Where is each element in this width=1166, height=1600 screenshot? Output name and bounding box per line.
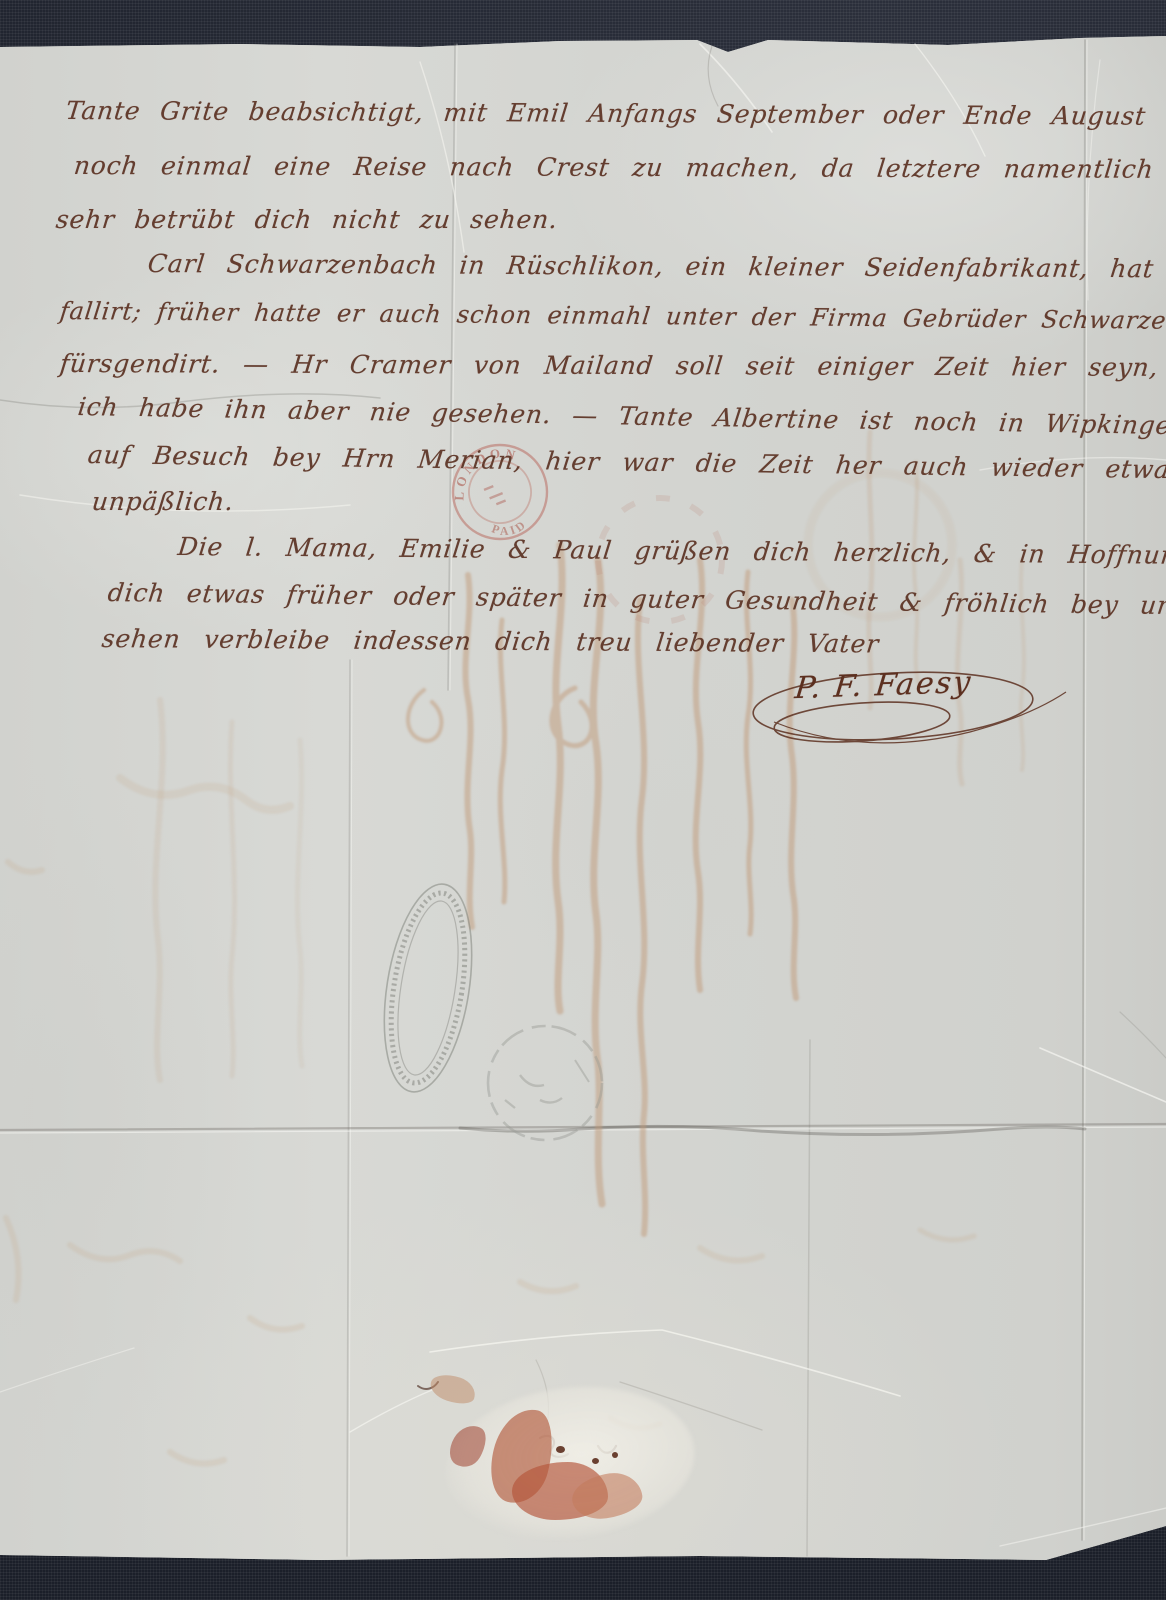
handwriting-line: Tante Grite beabsichtigt, mit Emil Anfan… <box>64 96 1147 131</box>
faint-circular-postmark <box>488 1026 602 1140</box>
scan-artifacts-layer: LONDON PAID <box>0 0 1166 1600</box>
scanned-letter-page: LONDON PAID <box>0 0 1166 1600</box>
faint-ghost-marks <box>6 473 974 1464</box>
handwriting-line: sehr betrübt dich nicht zu sehen. <box>54 205 559 234</box>
handwriting-line: Carl Schwarzenbach in Rüschlikon, ein kl… <box>146 249 1155 283</box>
wax-seal-speck <box>612 1452 618 1458</box>
wax-seal-speck <box>592 1458 599 1464</box>
wax-seal-speck <box>556 1446 565 1453</box>
handwriting-line: fürsgendirt. — Hr Cramer von Mailand sol… <box>58 349 1160 382</box>
handwriting-line: noch einmal eine Reise nach Crest zu mac… <box>72 151 1166 184</box>
signature-text: P. F. Faesy <box>793 665 974 706</box>
handwriting-line: sehen verbleibe indessen dich treu liebe… <box>100 624 880 658</box>
handwriting-line: unpäßlich. <box>90 487 235 516</box>
